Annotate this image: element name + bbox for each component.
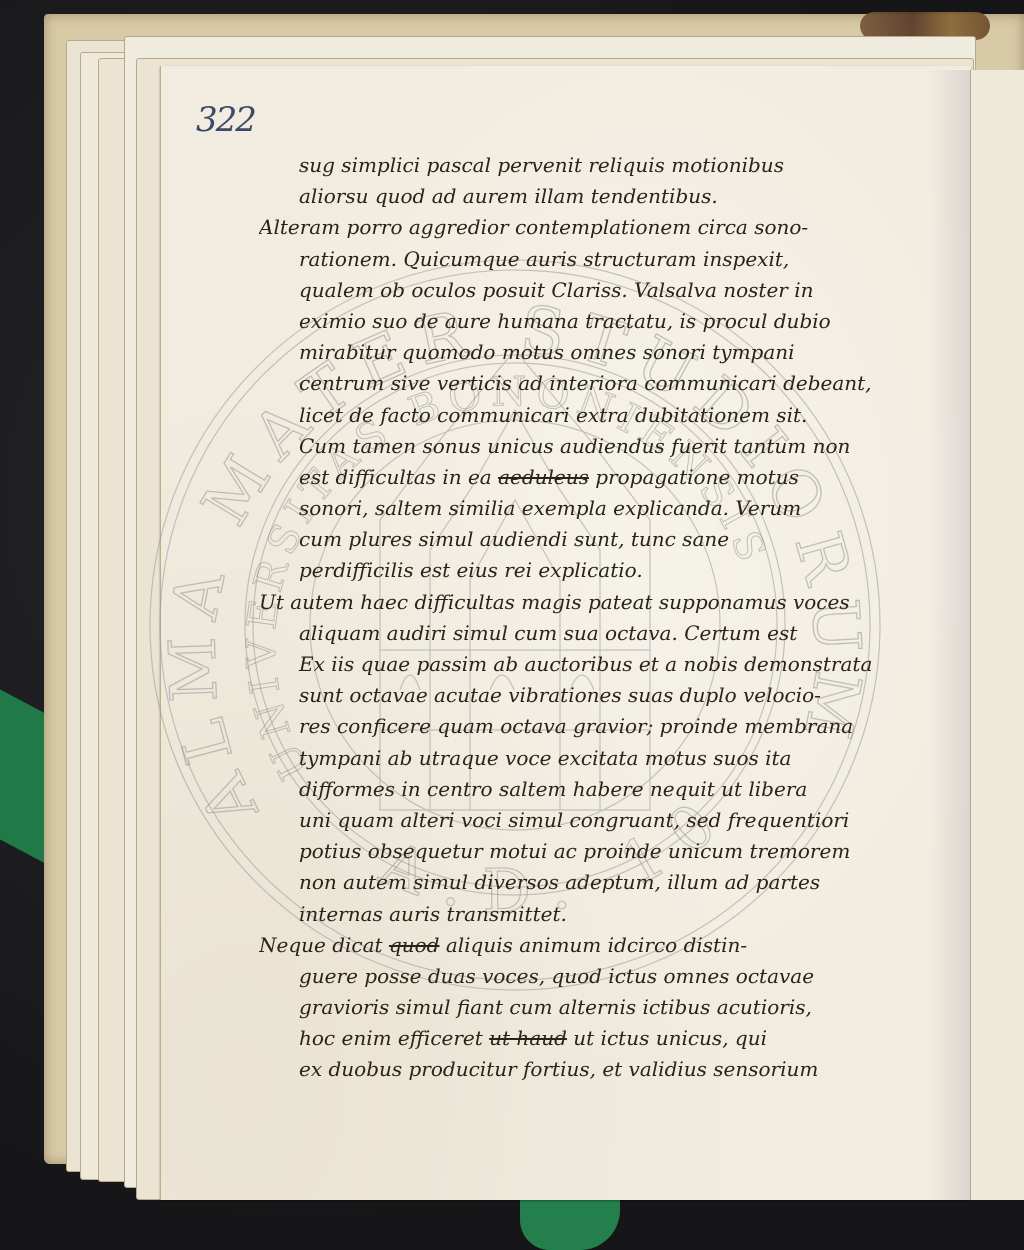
line-text-continued: ut ictus unicus, qui <box>573 1026 767 1050</box>
line-text: Ut autem haec difficultas magis pateat s… <box>259 590 850 614</box>
line-text: potius obsequetur motui ac proinde unicu… <box>299 839 850 863</box>
line-text: difformes in centro saltem habere nequit… <box>299 777 807 801</box>
manuscript-line: aliorsu quod ad aurem illam tendentibus. <box>265 181 895 212</box>
manuscript-line: Cum tamen sonus unicus audiendus fuerit … <box>265 431 895 462</box>
manuscript-line: Alteram porro aggredior contemplationem … <box>259 212 895 243</box>
struck-out-word: quod <box>389 933 440 957</box>
line-text: cum plures simul audiendi sunt, tunc san… <box>299 527 729 551</box>
manuscript-line: difformes in centro saltem habere nequit… <box>265 774 895 805</box>
line-text: aliquam audiri simul cum sua octava. Cer… <box>299 621 797 645</box>
manuscript-line: sonori, saltem similia exempla explicand… <box>265 493 895 524</box>
line-text: Ex iis quae passim ab auctoribus et a no… <box>299 652 872 676</box>
manuscript-line: sunt octavae acutae vibrationes suas dup… <box>265 680 895 711</box>
line-text: est difficultas in ea <box>299 465 492 489</box>
manuscript-line: hoc enim efficeret ut haud ut ictus unic… <box>265 1023 895 1054</box>
line-text: tympani ab utraque voce excitata motus s… <box>299 746 791 770</box>
line-text: aliorsu quod ad aurem illam tendentibus. <box>299 184 718 208</box>
line-text: guere posse duas voces, quod ictus omnes… <box>299 964 814 988</box>
line-text: ex duobus producitur fortius, et validiu… <box>299 1057 818 1081</box>
manuscript-line: est difficultas in ea aeduleus propagati… <box>265 462 895 493</box>
manuscript-line: perdifficilis est eius rei explicatio. <box>265 555 895 586</box>
manuscript-line: qualem ob oculos posuit Clariss. Valsalv… <box>265 275 895 306</box>
line-text: rationem. Quicumque auris structuram ins… <box>299 247 789 271</box>
line-text: mirabitur quomodo motus omnes sonori tym… <box>299 340 795 364</box>
manuscript-line: centrum sive verticis ad interiora commu… <box>265 368 895 399</box>
line-text: perdifficilis est eius rei explicatio. <box>299 558 643 582</box>
manuscript-line: internas auris transmittet. <box>265 899 895 930</box>
line-text: centrum sive verticis ad interiora commu… <box>299 371 872 395</box>
line-text: non autem simul diversos adeptum, illum … <box>299 870 820 894</box>
manuscript-line: tympani ab utraque voce excitata motus s… <box>265 743 895 774</box>
manuscript-line: gravioris simul fiant cum alternis ictib… <box>265 992 895 1023</box>
manuscript-line: guere posse duas voces, quod ictus omnes… <box>265 961 895 992</box>
manuscript-line: eximio suo de aure humana tractatu, is p… <box>265 306 895 337</box>
manuscript-line: mirabitur quomodo motus omnes sonori tym… <box>265 337 895 368</box>
manuscript-line: aliquam audiri simul cum sua octava. Cer… <box>265 618 895 649</box>
line-text: Neque dicat <box>259 933 383 957</box>
manuscript-line: uni quam alteri voci simul congruant, se… <box>265 805 895 836</box>
manuscript-line: licet de facto communicari extra dubitat… <box>265 400 895 431</box>
line-text: eximio suo de aure humana tractatu, is p… <box>299 309 831 333</box>
line-text: Alteram porro aggredior contemplationem … <box>259 215 808 239</box>
line-text-continued: aliquis animum idcirco distin- <box>446 933 747 957</box>
line-text: internas auris transmittet. <box>299 902 567 926</box>
manuscript-line: res conficere quam octava gravior; proin… <box>265 711 895 742</box>
line-text: sunt octavae acutae vibrationes suas dup… <box>299 683 821 707</box>
struck-out-word: aeduleus <box>498 465 589 489</box>
line-text: sonori, saltem similia exempla explicand… <box>299 496 801 520</box>
manuscript-line: rationem. Quicumque auris structuram ins… <box>265 244 895 275</box>
line-text: res conficere quam octava gravior; proin… <box>299 714 853 738</box>
line-text: Cum tamen sonus unicus audiendus fuerit … <box>299 434 850 458</box>
line-text-continued: propagatione motus <box>595 465 799 489</box>
manuscript-line: cum plures simul audiendi sunt, tunc san… <box>265 524 895 555</box>
manuscript-text-block: sug simplici pascal pervenit reliquis mo… <box>265 150 895 1086</box>
line-text: gravioris simul fiant cum alternis ictib… <box>299 995 812 1019</box>
line-text: qualem ob oculos posuit Clariss. Valsalv… <box>299 278 814 302</box>
manuscript-line: ex duobus producitur fortius, et validiu… <box>265 1054 895 1085</box>
manuscript-line: non autem simul diversos adeptum, illum … <box>265 867 895 898</box>
line-text: licet de facto communicari extra dubitat… <box>299 403 807 427</box>
line-text: uni quam alteri voci simul congruant, se… <box>299 808 849 832</box>
facing-page-edge <box>970 70 1024 1200</box>
manuscript-line: Ut autem haec difficultas magis pateat s… <box>259 587 895 618</box>
manuscript-line: potius obsequetur motui ac proinde unicu… <box>265 836 895 867</box>
manuscript-line: Ex iis quae passim ab auctoribus et a no… <box>265 649 895 680</box>
line-text: sug simplici pascal pervenit reliquis mo… <box>299 153 784 177</box>
manuscript-line: Neque dicat quod aliquis animum idcirco … <box>259 930 895 961</box>
gutter-shadow <box>930 70 970 1200</box>
manuscript-line: sug simplici pascal pervenit reliquis mo… <box>265 150 895 181</box>
struck-out-word: ut haud <box>489 1026 567 1050</box>
folio-number: 322 <box>196 100 255 140</box>
line-text: hoc enim efficeret <box>299 1026 483 1050</box>
